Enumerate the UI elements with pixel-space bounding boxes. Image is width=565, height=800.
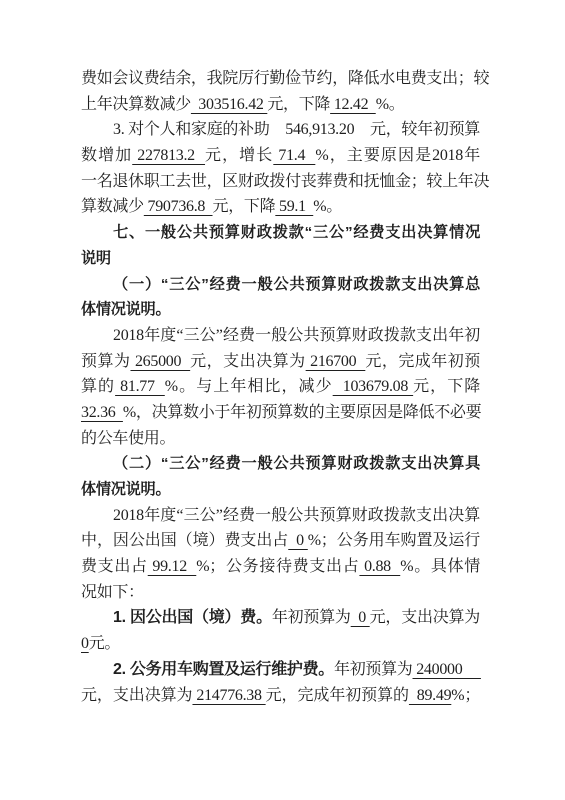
text-segment: %； (451, 687, 480, 704)
text-line: 算的 81.77 %。与上年相比，减少 103679.08 元，下降 (81, 374, 480, 400)
text-line: 中，因公出国（境）费支出占 0 %；公务用车购置及运行 (81, 528, 480, 554)
underlined-value: 303516.42 (191, 96, 267, 113)
text-line: 的公车使用。 (81, 426, 480, 452)
text-segment: 上年决算数减少 (81, 96, 191, 113)
text-segment: 数增加 (81, 147, 132, 164)
underlined-value: 0 (351, 609, 370, 626)
text-segment: 元，下降 (213, 198, 276, 215)
text-line: 2. 公务用车购置及运行维护费。年初预算为 240000 (81, 657, 480, 683)
text-segment: 算的 (81, 378, 115, 395)
text-segment: 元，支出决算为 (81, 687, 192, 704)
heading-line: 说明 (81, 246, 480, 272)
bold-label: 体情况说明。 (81, 481, 170, 498)
text-segment: %；公务接待费支出占 (196, 558, 359, 575)
underlined-value: 240000 (413, 661, 481, 678)
underlined-value: 227813.2 (132, 147, 205, 164)
underlined-value: 265000 (130, 353, 190, 370)
underlined-value: 214776.38 (192, 687, 265, 704)
underlined-value: 99.12 (148, 558, 197, 575)
text-segment: %。 (376, 96, 405, 113)
text-segment: 况如下： (81, 584, 144, 601)
text-segment: 费支出占 (81, 558, 148, 575)
underlined-value: 89.49 (409, 687, 451, 704)
heading-line: （二）“三公”经费一般公共预算财政拨款支出决算具 (81, 451, 480, 477)
text-line: 2018年度“三公”经费一般公共预算财政拨款支出年初 (81, 323, 480, 349)
text-line: 算数减少 790736.8 元，下降 59.1 %。 (81, 194, 480, 220)
text-segment: 2018年度“三公”经费一般公共预算财政拨款支出年初 (113, 327, 480, 344)
underlined-value: 0 (81, 635, 89, 652)
bold-label: 1. 因公出国（境）费。 (113, 609, 272, 626)
text-line: 况如下： (81, 580, 480, 606)
underlined-value: 59.1 (275, 198, 313, 215)
heading-line: （一）“三公”经费一般公共预算财政拨款支出决算总 (81, 272, 480, 298)
document-page: 费如会议费结余，我院厉行勤俭节约，降低水电费支出；较上年决算数减少 303516… (0, 0, 565, 800)
text-segment: 年初预算为 (272, 609, 351, 626)
text-segment: %。具体情 (400, 558, 480, 575)
text-line: 费如会议费结余，我院厉行勤俭节约，降低水电费支出；较 (81, 66, 480, 92)
text-segment: 元，增长 (205, 147, 273, 164)
text-segment: 元，完成年初预算的 (266, 687, 409, 704)
text-line: 预算为 265000 元，支出决算为 216700 元，完成年初预 (81, 349, 480, 375)
text-line: 一名退休职工去世，区财政拨付丧葬费和抚恤金；较上年决 (81, 169, 480, 195)
text-segment: 费如会议费结余，我院厉行勤俭节约，降低水电费支出；较 (81, 70, 489, 87)
underlined-value: 32.36 (81, 404, 123, 421)
bold-label: （一）“三公”经费一般公共预算财政拨款支出决算总 (113, 276, 480, 293)
bold-label: 说明 (81, 250, 111, 267)
text-segment: %，决算数小于年初预算数的主要原因是降低不必要 (123, 404, 481, 421)
bold-label: 2. 公务用车购置及运行维护费。 (113, 661, 334, 678)
text-segment: %，主要原因是2018年 (315, 147, 480, 164)
text-line: 数增加 227813.2 元，增长 71.4 %，主要原因是2018年 (81, 143, 480, 169)
text-segment: 预算为 (81, 353, 130, 370)
heading-line: 体情况说明。 (81, 477, 480, 503)
text-line: 2018年度“三公”经费一般公共预算财政拨款支出决算 (81, 503, 480, 529)
text-segment: %；公务用车购置及运行 (308, 532, 480, 549)
text-segment: 元，支出决算为 (190, 353, 305, 370)
bold-label: 体情况说明。 (81, 301, 170, 318)
bold-label: （二）“三公”经费一般公共预算财政拨款支出决算具 (113, 455, 480, 472)
text-line: 3. 对个人和家庭的补助 546,913.20 元，较年初预算 (81, 117, 480, 143)
text-line: 上年决算数减少 303516.42 元，下降 12.42 %。 (81, 92, 480, 118)
text-line: 元，支出决算为 214776.38 元，完成年初预算的 89.49%； (81, 683, 480, 709)
underlined-value: 216700 (306, 353, 366, 370)
heading-line: 七、一般公共预算财政拨款“三公”经费支出决算情况 (81, 220, 480, 246)
text-line: 费支出占 99.12 %；公务接待费支出占 0.88 %。具体情 (81, 554, 480, 580)
heading-line: 体情况说明。 (81, 297, 480, 323)
text-segment: 年初预算为 (334, 661, 413, 678)
underlined-value: 103679.08 (333, 378, 413, 395)
text-segment: 元，下降 (267, 96, 330, 113)
text-segment: 元。 (89, 635, 120, 652)
text-segment: %。与上年相比，减少 (165, 378, 333, 395)
underlined-value: 12.42 (330, 96, 376, 113)
text-segment: 中，因公出国（境）费支出占 (81, 532, 288, 549)
text-line: 32.36 %，决算数小于年初预算数的主要原因是降低不必要 (81, 400, 480, 426)
underlined-value: 81.77 (115, 378, 165, 395)
document-body: 费如会议费结余，我院厉行勤俭节约，降低水电费支出；较上年决算数减少 303516… (81, 66, 480, 708)
text-segment: 3. 对个人和家庭的补助 546,913.20 元，较年初预算 (113, 121, 480, 138)
underlined-value: 0 (288, 532, 308, 549)
text-line: 0元。 (81, 631, 480, 657)
text-segment: 元，完成年初预 (365, 353, 480, 370)
text-segment: 元，支出决算为 (370, 609, 480, 626)
text-segment: 2018年度“三公”经费一般公共预算财政拨款支出决算 (113, 507, 480, 524)
underlined-value: 0.88 (359, 558, 400, 575)
text-line: 1. 因公出国（境）费。年初预算为 0 元，支出决算为 (81, 605, 480, 631)
underlined-value: 71.4 (273, 147, 315, 164)
text-segment: 元，下降 (413, 378, 480, 395)
bold-label: 七、一般公共预算财政拨款“三公”经费支出决算情况 (113, 224, 480, 241)
text-segment: 算数减少 (81, 198, 144, 215)
underlined-value: 790736.8 (144, 198, 213, 215)
text-segment: %。 (313, 198, 342, 215)
text-segment: 一名退休职工去世，区财政拨付丧葬费和抚恤金；较上年决 (81, 173, 489, 190)
text-segment: 的公车使用。 (81, 430, 175, 447)
